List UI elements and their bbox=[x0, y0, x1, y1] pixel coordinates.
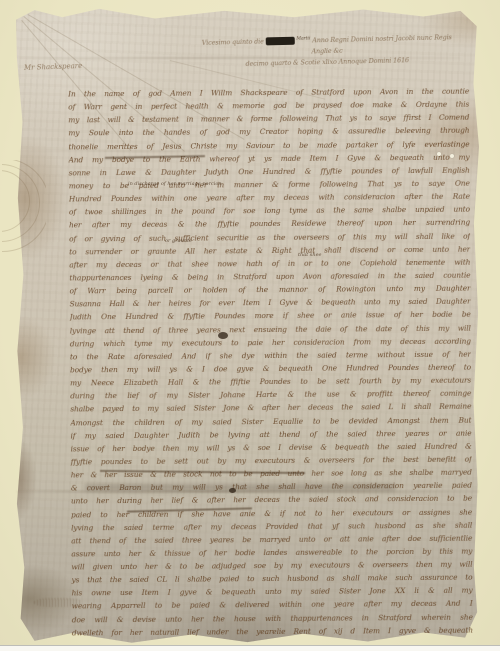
worm-hole bbox=[450, 154, 454, 158]
archival-mark bbox=[34, 598, 82, 607]
ink-blot bbox=[229, 488, 236, 493]
arc-creases bbox=[2, 160, 46, 264]
blotted-word: Januarii bbox=[266, 37, 295, 46]
worm-hole bbox=[437, 152, 441, 156]
interlineation: in discharge of her marriage porcion bbox=[128, 181, 222, 187]
interlineation: that shee bbox=[298, 252, 322, 258]
interlined-word: Martii bbox=[296, 36, 310, 41]
endorsement-text: Anno Regni Domini nostri Jacobi nunc Reg… bbox=[311, 33, 451, 55]
ink-blot bbox=[218, 332, 228, 339]
will-body-text: In the name of god Amen I Willm Shackspe… bbox=[68, 85, 473, 640]
endorsement-text: Vicesimo quinto die bbox=[202, 38, 264, 47]
manuscript-photo: Vicesimo quinto die Januarii Martii Anno… bbox=[0, 0, 500, 651]
probate-endorsement: Vicesimo quinto die Januarii Martii Anno… bbox=[193, 30, 462, 71]
scan-edge bbox=[0, 645, 500, 651]
smudged-deletion bbox=[85, 484, 395, 491]
manuscript-line: dwelleth for her naturall lief under the… bbox=[72, 623, 473, 639]
interlineation: or graunte bbox=[165, 238, 192, 244]
